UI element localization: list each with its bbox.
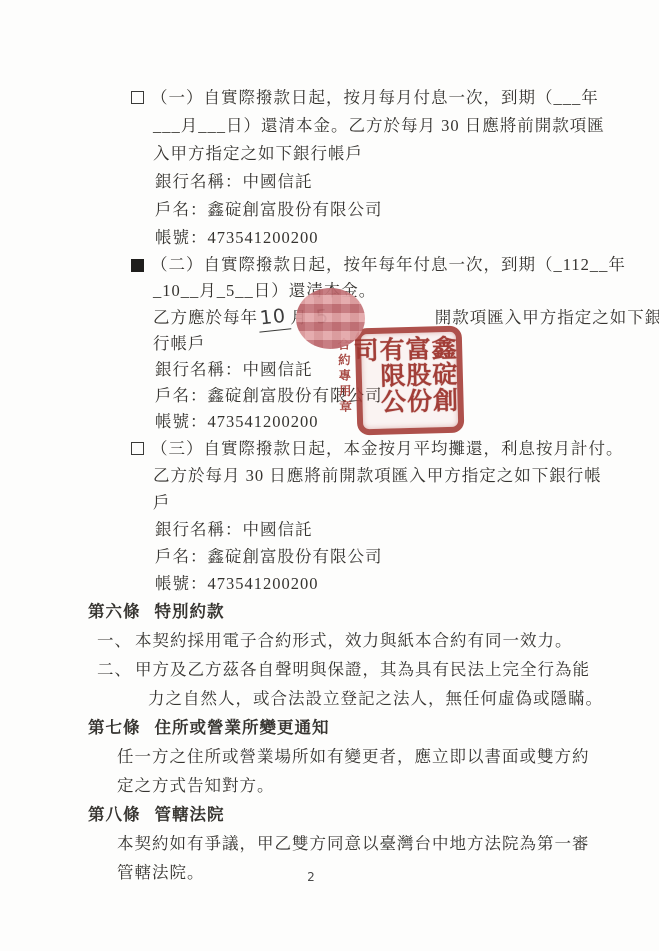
option2-line3-prefix: 乙方應於每年 [153, 308, 258, 327]
article6-title: 特別約款 [155, 602, 225, 621]
account-name-line: 戶名：鑫碇創富股份有限公司 [155, 543, 659, 570]
article6-item2-cont: 力之自然人，或合法設立登記之法人，無任何虛偽或隱瞞。 [148, 684, 659, 713]
checkbox-unchecked-icon [131, 91, 144, 104]
option2-line2: _10__月_5__日）還清本金。 [153, 278, 659, 304]
checkbox-unchecked-icon [131, 442, 144, 455]
option2-line1: （二）自實際撥款日起，按年每年付息一次，到期（_112__年 [151, 252, 626, 278]
repayment-option-3: （三）自實際撥款日起，本金按月平均攤還，利息按月計付。 乙方於每月 30 日應將… [131, 435, 659, 597]
option1-line3: 入甲方指定之如下銀行帳戶 [153, 140, 659, 168]
option3-line1-row: （三）自實際撥款日起，本金按月平均攤還，利息按月計付。 [131, 435, 659, 462]
handwritten-month-value: 10 [257, 302, 292, 332]
item2-line1: 甲方及乙方茲各自聲明與保證，其為具有民法上完全行為能 [135, 655, 590, 684]
company-seal-stamp: 鑫碇創富股份有限公司 合約專用章 [355, 326, 465, 436]
article6-heading: 第六條特別約款 [88, 597, 659, 626]
article6-item2: 二、 甲方及乙方茲各自聲明與保證，其為具有民法上完全行為能 [97, 655, 659, 684]
article8-title: 管轄法院 [155, 805, 225, 824]
account-name-line: 戶名：鑫碇創富股份有限公司 [155, 196, 659, 224]
document-body: （一）自實際撥款日起，按月每月付息一次，到期（___年 ___月___日）還清本… [0, 0, 659, 887]
item1-text: 本契約採用電子合約形式，效力與紙本合約有同一效力。 [135, 626, 573, 655]
article7-line2: 定之方式告知對方。 [117, 771, 659, 800]
article6-item1: 一、 本契約採用電子合約形式，效力與紙本合約有同一效力。 [97, 626, 659, 655]
seal-company-name: 鑫碇創富股份有限公司 [350, 335, 456, 431]
option1-line2: ___月___日）還清本金。乙方於每月 30 日應將前開款項匯 [153, 112, 659, 140]
bank-name-line: 銀行名稱：中國信託 [155, 516, 659, 543]
article7-line1: 任一方之住所或營業場所如有變更者，應立即以書面或雙方約 [117, 742, 659, 771]
repayment-option-1: （一）自實際撥款日起，按月每月付息一次，到期（___年 ___月___日）還清本… [131, 84, 659, 252]
option1-line1-row: （一）自實際撥款日起，按月每月付息一次，到期（___年 [131, 84, 659, 112]
option3-line3: 戶 [153, 489, 659, 516]
option2-line3-suffix: 開款項匯入甲方指定之如下銀 [435, 308, 659, 327]
article6-number: 第六條 [88, 602, 141, 621]
account-number-line: 帳號：473541200200 [155, 570, 659, 597]
article7-number: 第七條 [88, 718, 141, 737]
page-number: 2 [301, 870, 321, 884]
article8-heading: 第八條管轄法院 [88, 800, 659, 829]
seal-text-columns: 鑫碇創富股份有限公司 合約專用章 [364, 335, 456, 426]
article8-line2: 管轄法院。 [117, 858, 659, 887]
option2-line1-row: （二）自實際撥款日起，按年每年付息一次，到期（_112__年 [131, 252, 659, 278]
article7-heading: 第七條住所或營業所變更通知 [88, 713, 659, 742]
option3-line2: 乙方於每月 30 日應將前開款項匯入甲方指定之如下銀行帳 [153, 462, 659, 489]
account-number-line: 帳號：473541200200 [155, 224, 659, 252]
checkbox-checked-icon [131, 259, 144, 272]
article7-title: 住所或營業所變更通知 [155, 718, 330, 737]
item1-number: 一、 [97, 626, 135, 655]
contract-scan-page: （一）自實際撥款日起，按月每月付息一次，到期（___年 ___月___日）還清本… [0, 0, 659, 951]
item2-number: 二、 [97, 655, 135, 684]
seal-purpose-text: 合約專用章 [335, 338, 352, 431]
article8-line1: 本契約如有爭議，甲乙雙方同意以臺灣台中地方法院為第一審 [117, 829, 659, 858]
article8-number: 第八條 [88, 805, 141, 824]
option3-line1: （三）自實際撥款日起，本金按月平均攤還，利息按月計付。 [151, 435, 624, 462]
privacy-redaction-blur [296, 288, 365, 349]
option1-line1: （一）自實際撥款日起，按月每月付息一次，到期（___年 [151, 84, 599, 112]
bank-name-line: 銀行名稱：中國信託 [155, 168, 659, 196]
